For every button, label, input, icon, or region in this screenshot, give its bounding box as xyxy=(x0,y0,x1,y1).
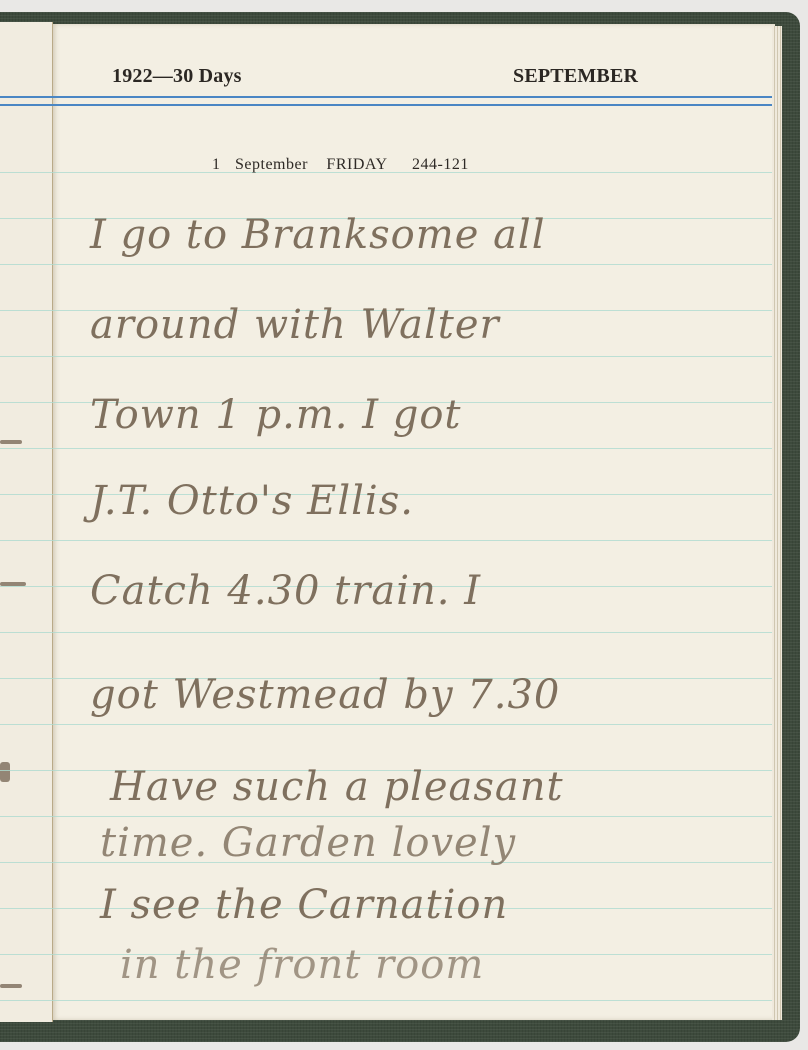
ruled-line xyxy=(0,356,772,357)
ruled-line xyxy=(0,632,772,633)
entry-date-line: 1 September FRIDAY 244-121 xyxy=(212,156,479,174)
ink-mark xyxy=(0,440,22,444)
header-rule-bottom xyxy=(0,104,772,106)
weekday: FRIDAY xyxy=(326,156,387,173)
handwriting-line: Have such a pleasant xyxy=(110,764,564,810)
ruled-line xyxy=(0,1000,772,1001)
ruled-line xyxy=(0,264,772,265)
handwriting-line: got Westmead by 7.30 xyxy=(90,672,560,718)
ruled-line xyxy=(0,816,772,817)
month-name: September xyxy=(235,156,308,173)
handwriting-line: in the front room xyxy=(120,942,484,988)
day-number: 1 xyxy=(212,156,221,173)
ruled-line xyxy=(0,448,772,449)
handwriting-line: time. Garden lovely xyxy=(100,820,516,866)
ink-mark xyxy=(0,984,22,988)
year-days-label: 1922—30 Days xyxy=(112,65,242,88)
handwriting-line: J.T. Otto's Ellis. xyxy=(90,478,414,524)
handwriting-line: Town 1 p.m. I got xyxy=(90,392,462,438)
handwriting-line: Catch 4.30 train. I xyxy=(90,568,481,614)
month-label: SEPTEMBER xyxy=(513,65,638,88)
ink-mark xyxy=(0,762,10,782)
handwriting-line: I see the Carnation xyxy=(100,882,508,928)
handwriting-line: around with Walter xyxy=(90,302,500,348)
handwriting-line: I go to Branksome all xyxy=(90,212,546,258)
ruled-line xyxy=(0,724,772,725)
day-count: 244-121 xyxy=(412,156,469,173)
header-rule-top xyxy=(0,96,772,98)
page-edges xyxy=(772,26,782,1020)
ruled-line xyxy=(0,540,772,541)
